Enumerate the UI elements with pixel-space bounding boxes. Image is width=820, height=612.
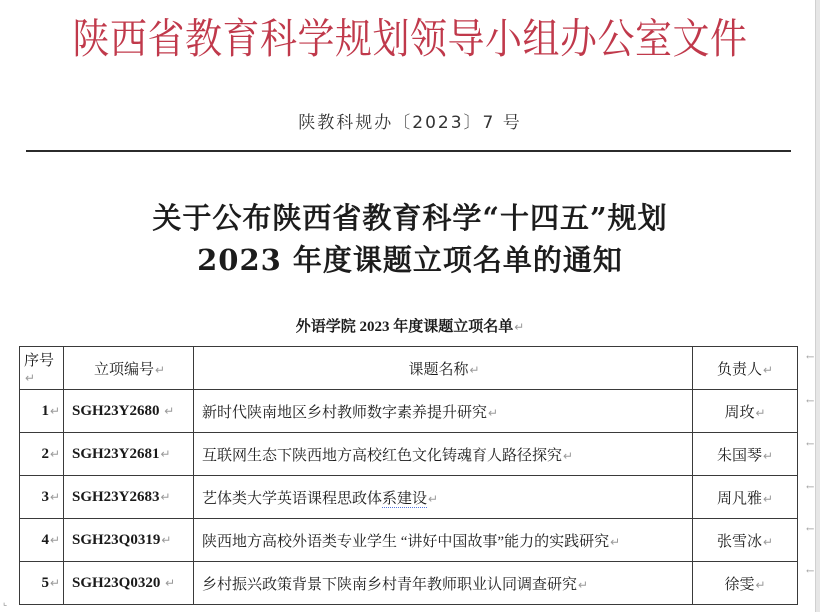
notice-title-line-1: 关于公布陕西省教育科学“十四五”规划 [0,196,820,237]
table-row: 1↵ SGH23Y2680 ↵ 新时代陕南地区乡村教师数字素养提升研究↵ 周玫↵ [20,390,798,433]
table-row: 4↵ SGH23Q0319↵ 陕西地方高校外语类专业学生 “讲好中国故事”能力的… [20,519,798,562]
header-id: 立项编号↵ [64,347,194,390]
header-lead: 负责人↵ [693,347,798,390]
header-no: 序号↵ [20,347,64,390]
list-subtitle: 外语学院 2023 年度课题立项名单↵ [0,315,820,336]
row-end-mark-icon: ← [806,482,814,493]
table-row: 3↵ SGH23Y2683↵ 艺体类大学英语课程思政体系建设↵ 周凡雅↵ [20,476,798,519]
paragraph-mark-icon: ↵ [514,320,524,334]
spellcheck-underline: 系建设 [382,491,427,508]
table-row: 2↵ SGH23Y2681↵ 互联网生态下陕西地方高校红色文化铸魂育人路径探究↵… [20,433,798,476]
header-divider [26,150,791,152]
row-end-mark-icon: ← [806,566,814,577]
header-name: 课题名称↵ [194,347,693,390]
corner-mark-icon: ⌞ [3,598,7,608]
document-number: 陕教科规办〔2023〕7 号 [0,108,820,133]
row-end-mark-icon: ← [806,396,814,407]
row-end-mark-icon: ← [806,524,814,535]
row-end-mark-icon: ← [806,352,814,363]
table-row: 5↵ SGH23Q0320 ↵ 乡村振兴政策背景下陕南乡村青年教师职业认同调查研… [20,562,798,605]
row-end-mark-icon: ← [806,439,814,450]
page-edge [815,0,820,612]
table-header-row: 序号↵ 立项编号↵ 课题名称↵ 负责人↵ [20,347,798,390]
project-list-table: 序号↵ 立项编号↵ 课题名称↵ 负责人↵ 1↵ SGH23Y2680 ↵ 新时代… [19,346,798,605]
issuer-heading: 陕西省教育科学规划领导小组办公室文件 [0,5,820,65]
notice-title-line-2: 2023 年度课题立项名单的通知 [0,238,820,279]
